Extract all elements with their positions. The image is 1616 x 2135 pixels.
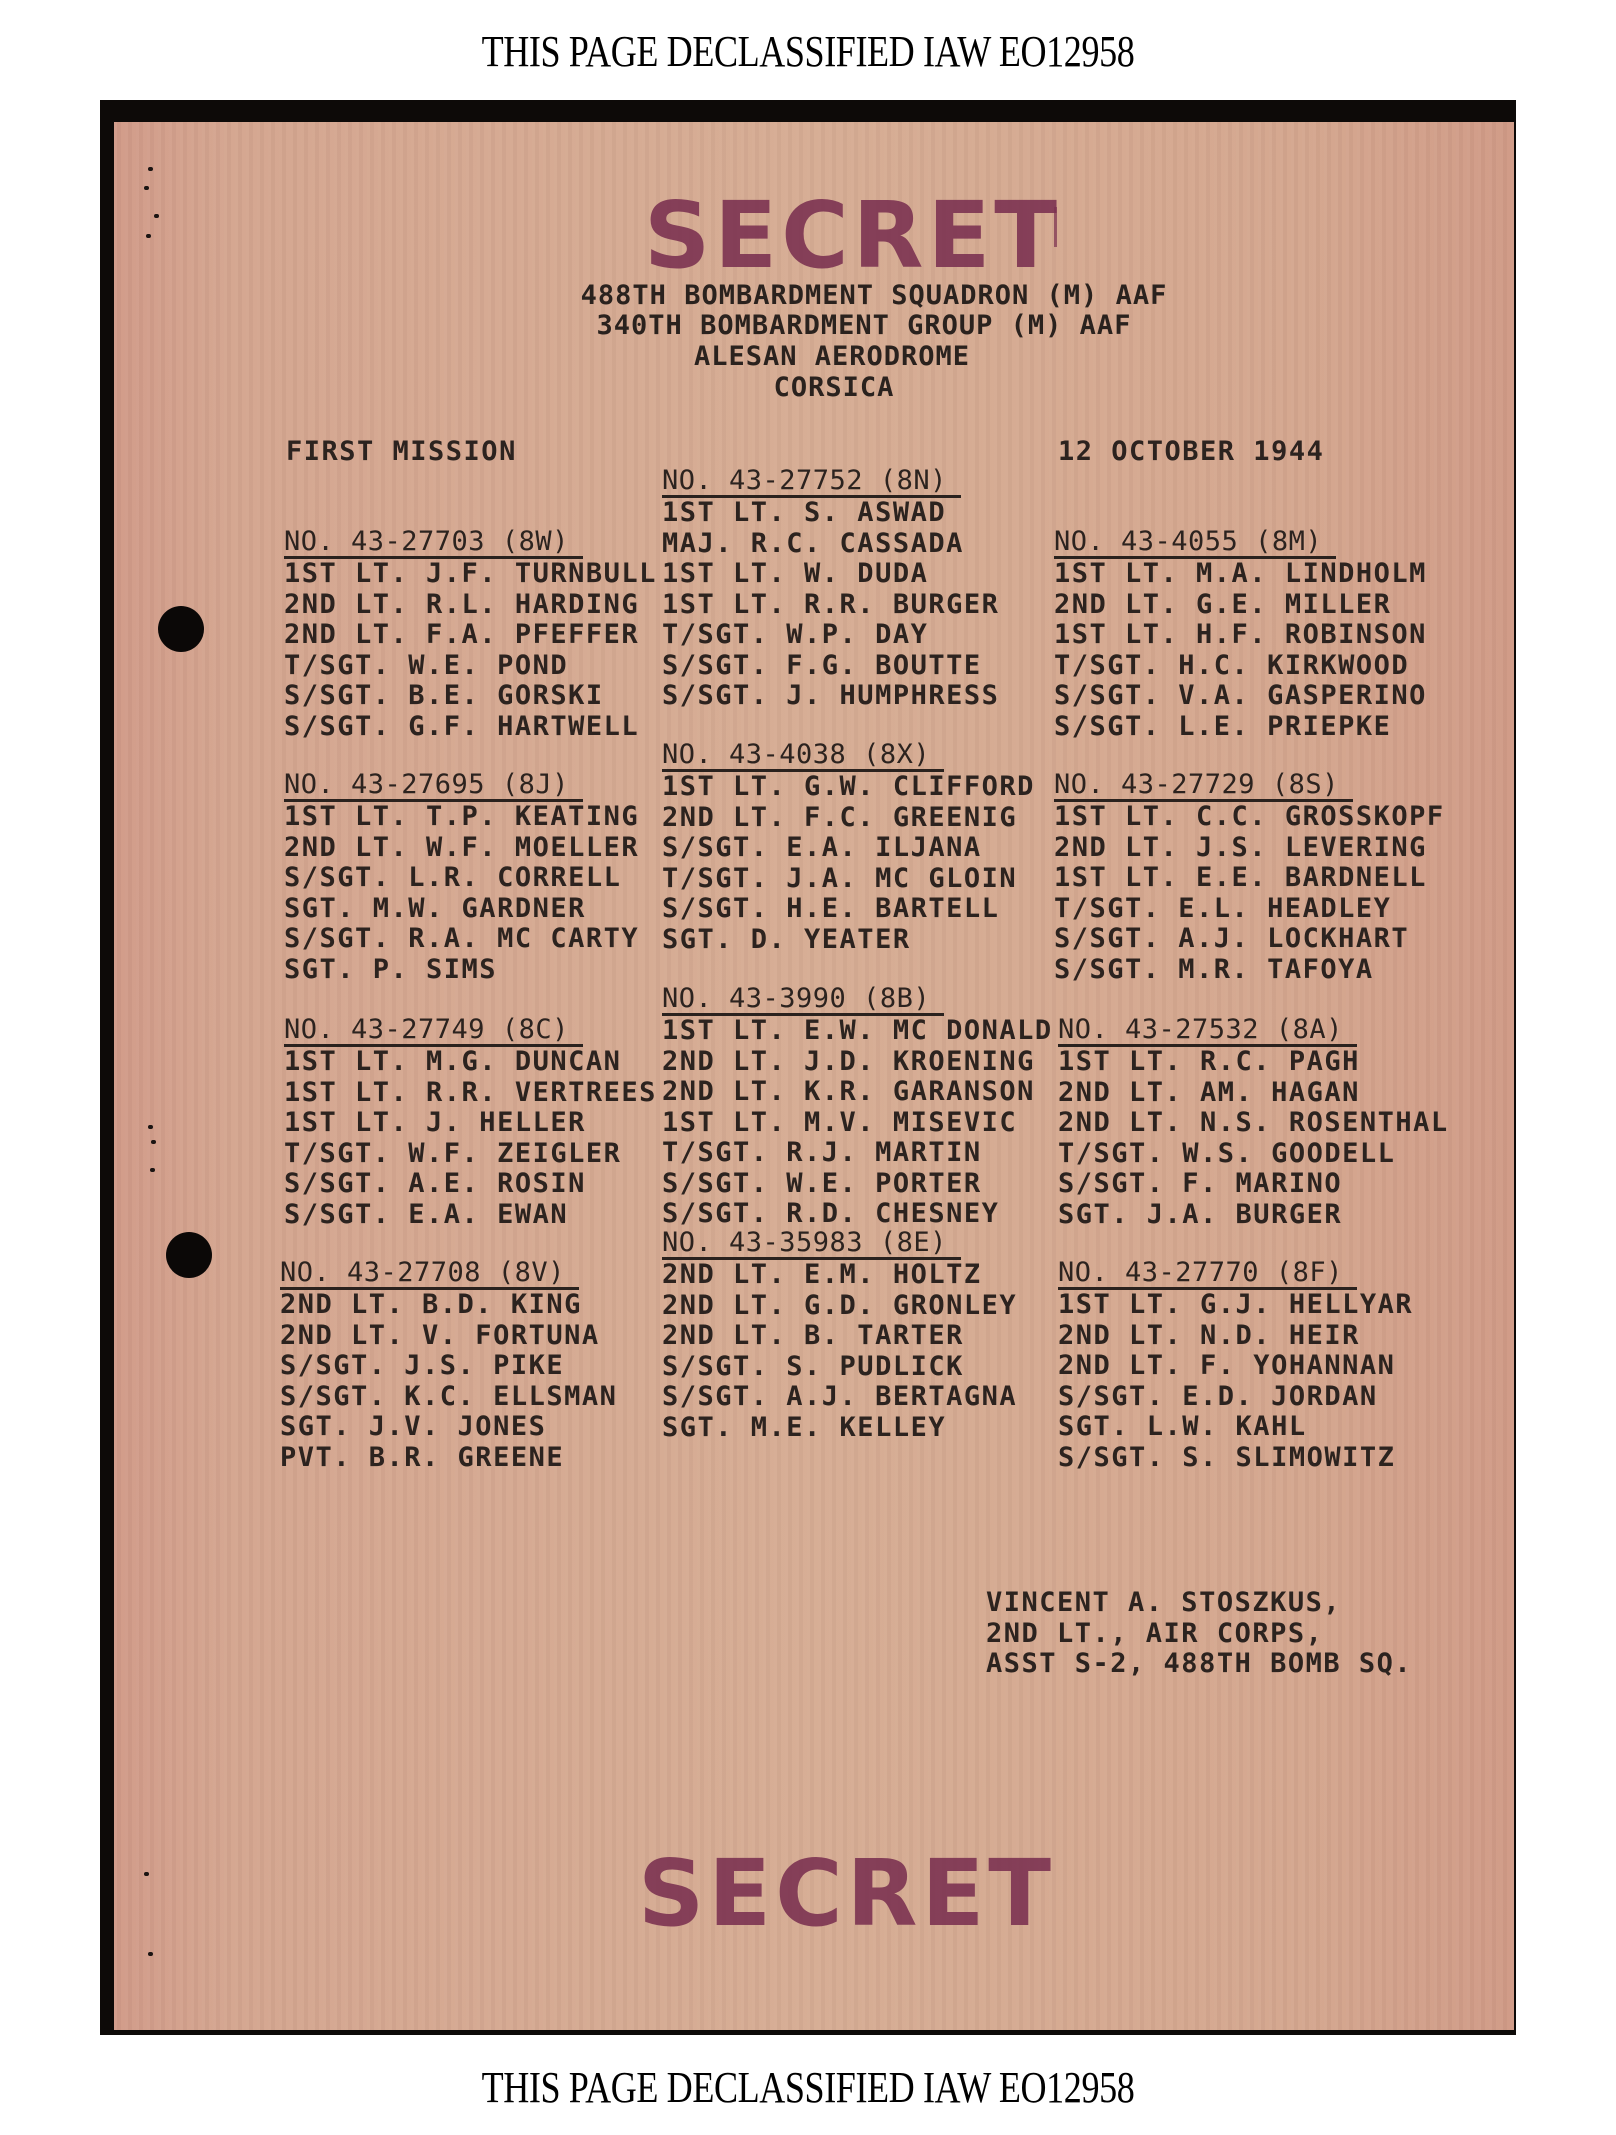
punch-hole <box>166 1232 212 1278</box>
crew-member: 1ST LT. J. HELLER <box>284 1108 657 1139</box>
crew-member: 2ND LT. B.D. KING <box>280 1290 617 1321</box>
crew-member: 2ND LT. F. YOHANNAN <box>1058 1351 1413 1382</box>
crew-member: 1ST LT. W. DUDA <box>662 559 999 590</box>
location-heading: CORSICA <box>134 372 1534 403</box>
crew-member: S/SGT. F.G. BOUTTE <box>662 651 999 682</box>
crew-member: S/SGT. V.A. GASPERINO <box>1054 681 1427 712</box>
crew-member: T/SGT. W.P. DAY <box>662 620 999 651</box>
aircraft-serial: NO. 43-27749 (8C) <box>284 1016 583 1047</box>
aircraft-serial: NO. 43-27695 (8J) <box>284 771 583 802</box>
crew-member: 2ND LT. N.S. ROSENTHAL <box>1058 1108 1449 1139</box>
crew-member: SGT. J.V. JONES <box>280 1412 617 1443</box>
crew-member: 2ND LT. G.E. MILLER <box>1054 590 1427 621</box>
crew-member: S/SGT. B.E. GORSKI <box>284 681 657 712</box>
aircraft-serial: NO. 43-35983 (8E) <box>662 1229 961 1260</box>
crew-block: NO. 43-27770 (8F)1ST LT. G.J. HELLYAR2ND… <box>1058 1258 1413 1473</box>
crew-member: S/SGT. S. PUDLICK <box>662 1352 1017 1383</box>
crew-member: 1ST LT. E.E. BARDNELL <box>1054 863 1445 894</box>
secret-stamp-top: SECRET <box>644 182 1061 289</box>
crew-member: 1ST LT. M.V. MISEVIC <box>662 1108 1053 1139</box>
crew-member: 1ST LT. E.W. MC DONALD <box>662 1016 1053 1047</box>
binder-speck <box>148 1952 153 1956</box>
crew-member: S/SGT. F. MARINO <box>1058 1169 1449 1200</box>
crew-member: S/SGT. M.R. TAFOYA <box>1054 955 1445 986</box>
crew-member: 2ND LT. F.C. GREENIG <box>662 803 1035 834</box>
binder-speck <box>148 167 153 171</box>
crew-member: S/SGT. K.C. ELLSMAN <box>280 1382 617 1413</box>
crew-member: S/SGT. A.J. BERTAGNA <box>662 1382 1017 1413</box>
crew-member: S/SGT. L.E. PRIEPKE <box>1054 712 1427 743</box>
crew-member: 1ST LT. G.W. CLIFFORD <box>662 772 1035 803</box>
crew-member: T/SGT. R.J. MARTIN <box>662 1138 1053 1169</box>
binder-speck <box>144 1872 149 1876</box>
signature-block: VINCENT A. STOSZKUS, 2ND LT., AIR CORPS,… <box>986 1588 1412 1680</box>
crew-member: 1ST LT. H.F. ROBINSON <box>1054 620 1427 651</box>
squadron-heading: 488TH BOMBARDMENT SQUADRON (M) AAF <box>174 280 1574 311</box>
crew-member: SGT. M.E. KELLEY <box>662 1413 1017 1444</box>
crew-block: NO. 43-27729 (8S)1ST LT. C.C. GROSSKOPF2… <box>1054 770 1445 985</box>
crew-member: S/SGT. A.J. LOCKHART <box>1054 924 1445 955</box>
signatory-name: VINCENT A. STOSZKUS, <box>986 1588 1412 1619</box>
crew-member: 2ND LT. E.M. HOLTZ <box>662 1260 1017 1291</box>
crew-member: S/SGT. R.D. CHESNEY <box>662 1199 1053 1230</box>
crew-member: PVT. B.R. GREENE <box>280 1443 617 1474</box>
crew-member: 2ND LT. N.D. HEIR <box>1058 1321 1413 1352</box>
crew-member: 2ND LT. K.R. GARANSON <box>662 1077 1053 1108</box>
crew-member: S/SGT. E.A. EWAN <box>284 1200 657 1231</box>
crew-member: 1ST LT. J.F. TURNBULL <box>284 559 657 590</box>
crew-member: 1ST LT. G.J. HELLYAR <box>1058 1290 1413 1321</box>
secret-stamp-bottom: SECRET <box>638 1840 1055 1947</box>
crew-member: 2ND LT. AM. HAGAN <box>1058 1078 1449 1109</box>
crew-block: NO. 43-35983 (8E)2ND LT. E.M. HOLTZ2ND L… <box>662 1228 1017 1443</box>
crew-member: S/SGT. E.D. JORDAN <box>1058 1382 1413 1413</box>
crew-block: NO. 43-27703 (8W)1ST LT. J.F. TURNBULL2N… <box>284 527 657 742</box>
aircraft-serial: NO. 43-27752 (8N) <box>662 467 961 498</box>
aircraft-serial: NO. 43-4055 (8M) <box>1054 528 1336 559</box>
crew-member: 2ND LT. R.L. HARDING <box>284 590 657 621</box>
binder-speck <box>151 1140 156 1144</box>
crew-member: S/SGT. W.E. PORTER <box>662 1169 1053 1200</box>
crew-block: NO. 43-27695 (8J)1ST LT. T.P. KEATING2ND… <box>284 770 639 985</box>
crew-member: S/SGT. A.E. ROSIN <box>284 1169 657 1200</box>
signatory-rank: 2ND LT., AIR CORPS, <box>986 1619 1412 1650</box>
crew-block: NO. 43-27749 (8C)1ST LT. M.G. DUNCAN1ST … <box>284 1015 657 1230</box>
crew-member: S/SGT. E.A. ILJANA <box>662 833 1035 864</box>
crew-member: S/SGT. G.F. HARTWELL <box>284 712 657 743</box>
crew-member: 1ST LT. S. ASWAD <box>662 498 999 529</box>
crew-member: 1ST LT. T.P. KEATING <box>284 802 639 833</box>
crew-member: 2ND LT. W.F. MOELLER <box>284 833 639 864</box>
crew-member: SGT. L.W. KAHL <box>1058 1412 1413 1443</box>
crew-member: S/SGT. J.S. PIKE <box>280 1351 617 1382</box>
crew-member: MAJ. R.C. CASSADA <box>662 529 999 560</box>
signatory-title: ASST S-2, 488TH BOMB SQ. <box>986 1649 1412 1680</box>
aircraft-serial: NO. 43-27729 (8S) <box>1054 771 1353 802</box>
crew-member: S/SGT. S. SLIMOWITZ <box>1058 1443 1413 1474</box>
crew-block: NO. 43-4038 (8X)1ST LT. G.W. CLIFFORD2ND… <box>662 740 1035 955</box>
crew-member: 1ST LT. C.C. GROSSKOPF <box>1054 802 1445 833</box>
crew-member: 1ST LT. M.G. DUNCAN <box>284 1047 657 1078</box>
binder-speck <box>144 186 149 190</box>
crew-member: T/SGT. E.L. HEADLEY <box>1054 894 1445 925</box>
aircraft-serial: NO. 43-3990 (8B) <box>662 985 944 1016</box>
crew-member: 1ST LT. R.R. BURGER <box>662 590 999 621</box>
crew-member: T/SGT. H.C. KIRKWOOD <box>1054 651 1427 682</box>
crew-member: 1ST LT. M.A. LINDHOLM <box>1054 559 1427 590</box>
crew-block: NO. 43-27532 (8A)1ST LT. R.C. PAGH2ND LT… <box>1058 1015 1449 1230</box>
crew-member: 2ND LT. J.S. LEVERING <box>1054 833 1445 864</box>
crew-member: SGT. D. YEATER <box>662 925 1035 956</box>
aircraft-serial: NO. 43-27703 (8W) <box>284 528 583 559</box>
crew-member: T/SGT. W.F. ZEIGLER <box>284 1139 657 1170</box>
declassification-notice-top: THIS PAGE DECLASSIFIED IAW EO12958 <box>145 26 1470 77</box>
crew-member: SGT. M.W. GARDNER <box>284 894 639 925</box>
aircraft-serial: NO. 43-27708 (8V) <box>280 1259 579 1290</box>
crew-member: SGT. P. SIMS <box>284 955 639 986</box>
aircraft-serial: NO. 43-27532 (8A) <box>1058 1016 1357 1047</box>
crew-member: 2ND LT. V. FORTUNA <box>280 1321 617 1352</box>
crew-member: S/SGT. L.R. CORRELL <box>284 863 639 894</box>
aircraft-serial: NO. 43-27770 (8F) <box>1058 1259 1357 1290</box>
crew-member: 2ND LT. F.A. PFEFFER <box>284 620 657 651</box>
mission-date: 12 OCTOBER 1944 <box>1058 436 1324 467</box>
binder-speck <box>154 214 159 218</box>
crew-block: NO. 43-27752 (8N)1ST LT. S. ASWADMAJ. R.… <box>662 466 999 712</box>
declassification-notice-bottom: THIS PAGE DECLASSIFIED IAW EO12958 <box>145 2062 1470 2113</box>
binder-speck <box>146 234 151 238</box>
crew-member: S/SGT. J. HUMPHRESS <box>662 681 999 712</box>
punch-hole <box>158 606 204 652</box>
crew-block: NO. 43-27708 (8V)2ND LT. B.D. KING2ND LT… <box>280 1258 617 1473</box>
binder-speck <box>148 1125 153 1129</box>
crew-member: 2ND LT. J.D. KROENING <box>662 1047 1053 1078</box>
crew-member: S/SGT. H.E. BARTELL <box>662 894 1035 925</box>
group-heading: 340TH BOMBARDMENT GROUP (M) AAF <box>164 310 1564 341</box>
crew-member: T/SGT. J.A. MC GLOIN <box>662 864 1035 895</box>
crew-member: 1ST LT. R.C. PAGH <box>1058 1047 1449 1078</box>
aircraft-serial: NO. 43-4038 (8X) <box>662 741 944 772</box>
crew-member: SGT. J.A. BURGER <box>1058 1200 1449 1231</box>
crew-member: T/SGT. W.E. POND <box>284 651 657 682</box>
aerodrome-heading: ALESAN AERODROME <box>132 341 1532 372</box>
crew-member: 2ND LT. B. TARTER <box>662 1321 1017 1352</box>
crew-member: 1ST LT. R.R. VERTREES <box>284 1078 657 1109</box>
crew-block: NO. 43-3990 (8B)1ST LT. E.W. MC DONALD2N… <box>662 984 1053 1230</box>
crew-member: S/SGT. R.A. MC CARTY <box>284 924 639 955</box>
stamp-mark <box>1054 207 1057 247</box>
document-page: SECRET 488TH BOMBARDMENT SQUADRON (M) AA… <box>114 122 1514 2030</box>
binder-speck <box>150 1168 155 1172</box>
crew-member: 2ND LT. G.D. GRONLEY <box>662 1291 1017 1322</box>
crew-block: NO. 43-4055 (8M)1ST LT. M.A. LINDHOLM2ND… <box>1054 527 1427 742</box>
crew-member: T/SGT. W.S. GOODELL <box>1058 1139 1449 1170</box>
mission-label: FIRST MISSION <box>286 436 517 467</box>
